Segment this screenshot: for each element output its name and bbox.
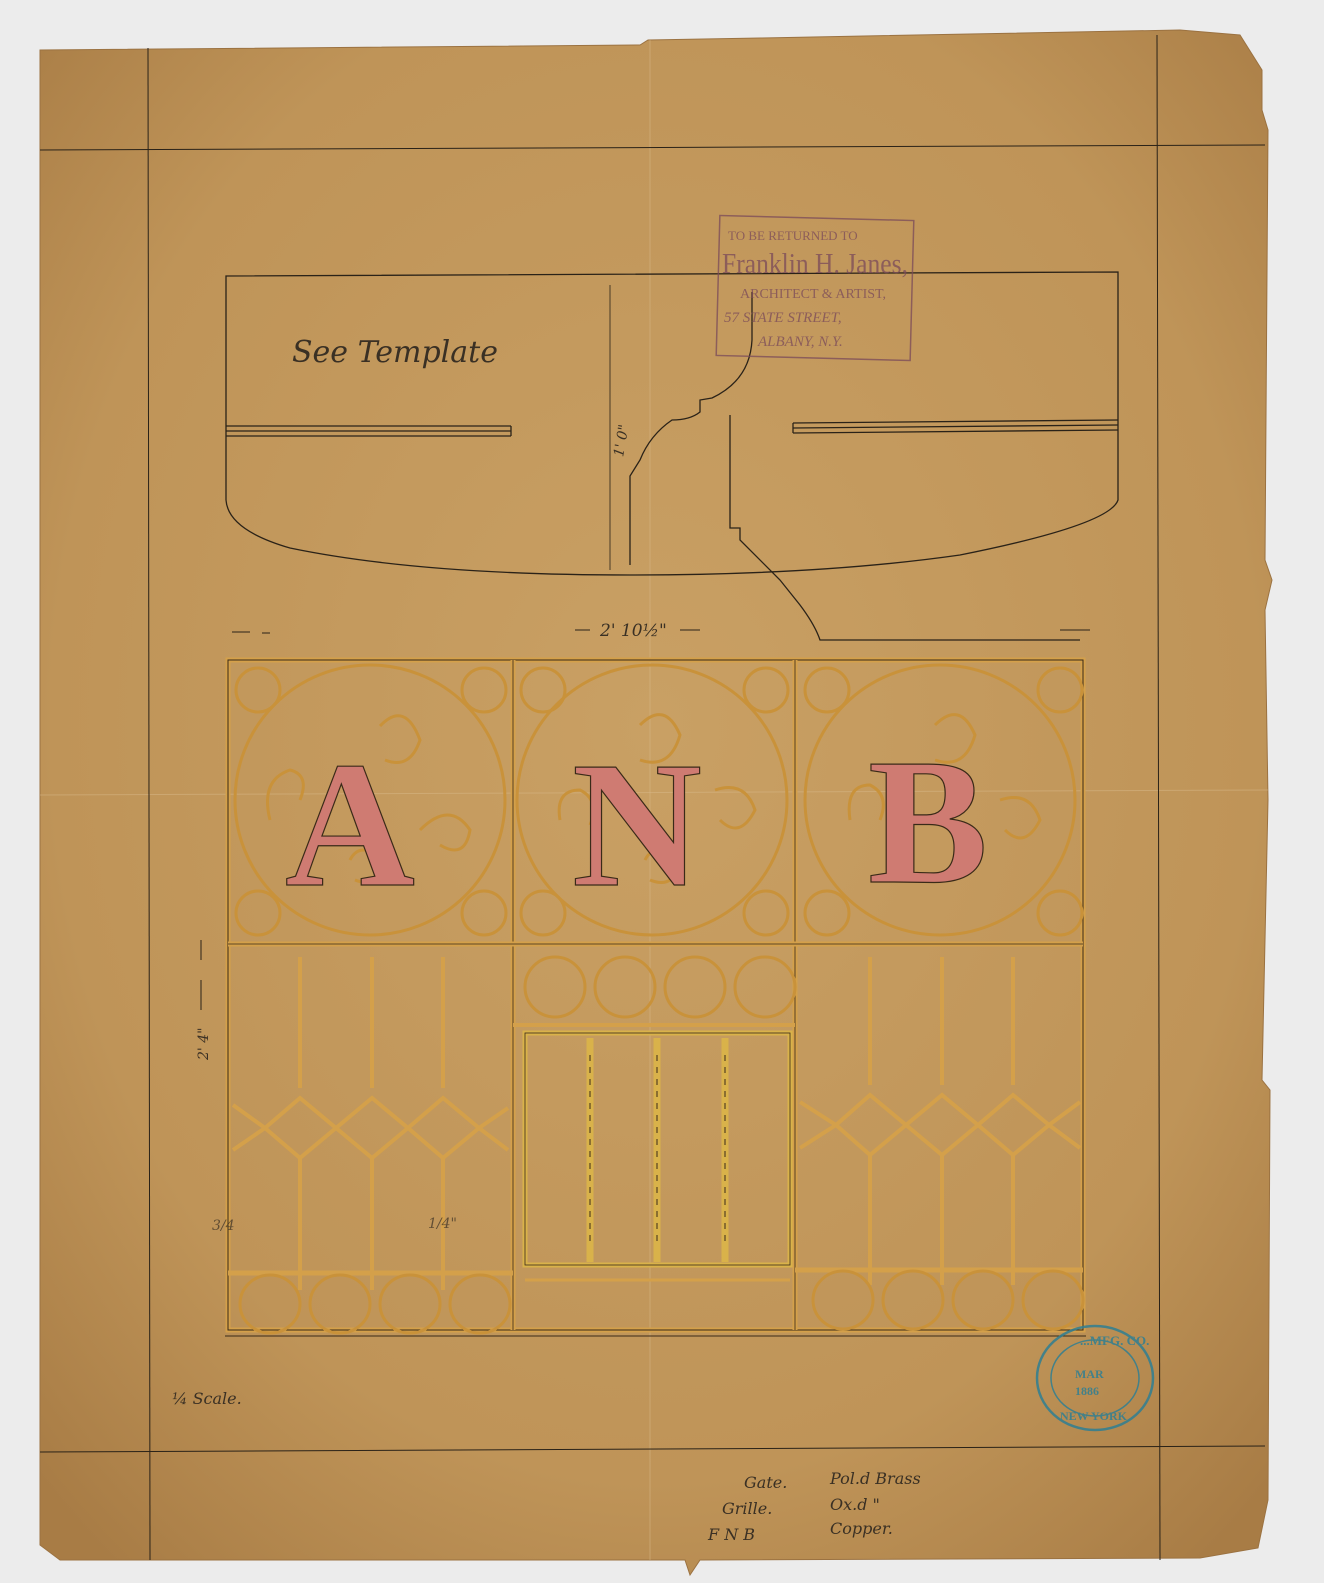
svg-text:MAR: MAR bbox=[1075, 1367, 1104, 1381]
svg-text:NEW YORK: NEW YORK bbox=[1060, 1409, 1128, 1423]
material-value-gate: Pol.d Brass bbox=[829, 1469, 921, 1488]
svg-text:57 STATE STREET,: 57 STATE STREET, bbox=[724, 310, 842, 326]
svg-text:2' 10½": 2' 10½" bbox=[599, 621, 667, 641]
monogram-letter-n: N bbox=[572, 725, 702, 924]
svg-text:ALBANY, N.Y.: ALBANY, N.Y. bbox=[757, 334, 843, 350]
monogram-letter-b: B bbox=[868, 722, 988, 921]
material-item-fnb: F N B bbox=[707, 1525, 755, 1544]
architectural-drawing-sheet: See Template 1' 0" TO BE RETURNED TO Fra… bbox=[0, 0, 1324, 1583]
pencil-note-three-quarter: 3/4 bbox=[212, 1218, 235, 1234]
see-template-note: See Template bbox=[292, 335, 498, 370]
pencil-note-quarter: 1/4" bbox=[428, 1216, 457, 1232]
svg-text:Franklin H. Janes,: Franklin H. Janes, bbox=[722, 249, 908, 280]
svg-text:...MFG. CO.: ...MFG. CO. bbox=[1080, 1333, 1149, 1348]
svg-text:ARCHITECT & ARTIST,: ARCHITECT & ARTIST, bbox=[740, 287, 886, 302]
material-value-grille: Ox.d " bbox=[830, 1495, 880, 1514]
material-item-gate: Gate. bbox=[744, 1473, 787, 1492]
monogram-letter-a: A bbox=[285, 725, 415, 924]
svg-text:1886: 1886 bbox=[1075, 1384, 1099, 1398]
monogram-letters: A N B bbox=[285, 722, 988, 924]
svg-text:TO BE RETURNED TO: TO BE RETURNED TO bbox=[728, 228, 858, 243]
material-value-fnb: Copper. bbox=[830, 1519, 893, 1538]
svg-text:2' 4": 2' 4" bbox=[196, 1027, 212, 1061]
material-item-grille: Grille. bbox=[722, 1499, 772, 1518]
scale-note: ¼ Scale. bbox=[172, 1389, 242, 1408]
